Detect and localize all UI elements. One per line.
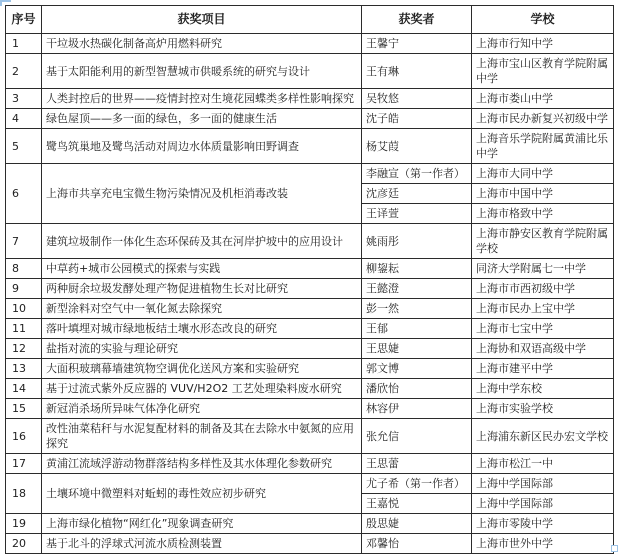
- serial-cell: 19: [6, 514, 42, 534]
- table-row: 7建筑垃圾制作一体化生态环保砖及其在河岸护坡中的应用设计姚雨彤上海市静安区教育学…: [6, 224, 614, 259]
- winner-cell: 郭文博: [362, 359, 472, 379]
- table-row: 18土壤环境中微塑料对蚯蚓的毒性效应初步研究尤子希（第一作者）上海中学国际部: [6, 474, 614, 494]
- school-cell: 上海市中国中学: [472, 184, 614, 204]
- serial-cell: 1: [6, 34, 42, 54]
- serial-cell: 4: [6, 109, 42, 129]
- winner-cell: 邓馨怡: [362, 534, 472, 554]
- table-row: 11落叶填埋对城市绿地板结土壤水形态改良的研究王郁上海市七宝中学: [6, 319, 614, 339]
- serial-cell: 14: [6, 379, 42, 399]
- school-cell: 上海市静安区教育学院附属学校: [472, 224, 614, 259]
- project-cell: 大面积玻璃幕墙建筑物空调优化送风方案和实验研究: [42, 359, 362, 379]
- serial-cell: 7: [6, 224, 42, 259]
- table-row: 17黄浦江流域浮游动物群落结构多样性及其水体理化参数研究王思蕾上海市松江一中: [6, 454, 614, 474]
- serial-cell: 11: [6, 319, 42, 339]
- school-cell: 同济大学附属七一中学: [472, 259, 614, 279]
- serial-cell: 17: [6, 454, 42, 474]
- winner-cell: 沈子皓: [362, 109, 472, 129]
- project-cell: 鹭鸟筑巢地及鹭鸟活动对周边水体质量影响田野调查: [42, 129, 362, 164]
- header-row: 序号 获奖项目 获奖者 学校: [6, 6, 614, 34]
- table-row: 16改性油菜秸秆与水泥复配材料的制备及其在去除水中氨氮的应用探究张允信上海浦东新…: [6, 419, 614, 454]
- winner-cell: 王嘉悦: [362, 494, 472, 514]
- project-cell: 改性油菜秸秆与水泥复配材料的制备及其在去除水中氨氮的应用探究: [42, 419, 362, 454]
- document-page: 序号 获奖项目 获奖者 学校 1干垃圾水热碳化制备高炉用燃料研究王馨宁上海市行知…: [0, 0, 619, 554]
- winner-cell: 杨艾葭: [362, 129, 472, 164]
- project-cell: 两种厨余垃圾发酵处理产物促进植物生长对比研究: [42, 279, 362, 299]
- school-cell: 上海市松江一中: [472, 454, 614, 474]
- serial-cell: 18: [6, 474, 42, 514]
- project-cell: 上海市绿化植物“网红化”现象调查研究: [42, 514, 362, 534]
- school-cell: 上海市世外中学: [472, 534, 614, 554]
- serial-cell: 9: [6, 279, 42, 299]
- serial-cell: 13: [6, 359, 42, 379]
- table-row: 13大面积玻璃幕墙建筑物空调优化送风方案和实验研究郭文博上海市建平中学: [6, 359, 614, 379]
- project-cell: 建筑垃圾制作一体化生态环保砖及其在河岸护坡中的应用设计: [42, 224, 362, 259]
- table-row: 4绿色屋顶——多一面的绿色，多一面的健康生活沈子皓上海市民办新复兴初级中学: [6, 109, 614, 129]
- school-cell: 上海市格致中学: [472, 204, 614, 224]
- school-cell: 上海市大同中学: [472, 164, 614, 184]
- project-cell: 黄浦江流域浮游动物群落结构多样性及其水体理化参数研究: [42, 454, 362, 474]
- serial-cell: 16: [6, 419, 42, 454]
- table-resize-handle[interactable]: [611, 545, 618, 552]
- table-row: 2基于太阳能利用的新型智慧城市供暖系统的研究与设计王有琳上海市宝山区教育学院附属…: [6, 54, 614, 89]
- winner-cell: 殷思婕: [362, 514, 472, 534]
- school-cell: 上海市行知中学: [472, 34, 614, 54]
- table-row: 5鹭鸟筑巢地及鹭鸟活动对周边水体质量影响田野调查杨艾葭上海音乐学院附属黄浦比乐中…: [6, 129, 614, 164]
- winner-cell: 王思蕾: [362, 454, 472, 474]
- winner-cell: 潘欣怡: [362, 379, 472, 399]
- school-cell: 上海中学国际部: [472, 474, 614, 494]
- table-row: 20基于北斗的浮球式河流水质检测装置邓馨怡上海市世外中学: [6, 534, 614, 554]
- school-cell: 上海市民办新复兴初级中学: [472, 109, 614, 129]
- school-cell: 上海市零陵中学: [472, 514, 614, 534]
- table-row: 6上海市共享充电宝微生物污染情况及机柜消毒改装李融宣（第一作者）上海市大同中学: [6, 164, 614, 184]
- project-cell: 人类封控后的世界——疫情封控对生境花园蝶类多样性影响探究: [42, 89, 362, 109]
- school-cell: 上海音乐学院附属黄浦比乐中学: [472, 129, 614, 164]
- serial-cell: 15: [6, 399, 42, 419]
- school-cell: 上海协和双语高级中学: [472, 339, 614, 359]
- winner-cell: 王思婕: [362, 339, 472, 359]
- school-cell: 上海市民办上宝中学: [472, 299, 614, 319]
- winner-cell: 柳鋆耘: [362, 259, 472, 279]
- school-cell: 上海市娄山中学: [472, 89, 614, 109]
- school-cell: 上海市七宝中学: [472, 319, 614, 339]
- project-cell: 上海市共享充电宝微生物污染情况及机柜消毒改装: [42, 164, 362, 224]
- serial-cell: 12: [6, 339, 42, 359]
- project-cell: 盐指对流的实验与理论研究: [42, 339, 362, 359]
- project-cell: 基于太阳能利用的新型智慧城市供暖系统的研究与设计: [42, 54, 362, 89]
- winner-cell: 张允信: [362, 419, 472, 454]
- winner-cell: 沈彦廷: [362, 184, 472, 204]
- serial-cell: 8: [6, 259, 42, 279]
- winner-cell: 王译萱: [362, 204, 472, 224]
- table-row: 3人类封控后的世界——疫情封控对生境花园蝶类多样性影响探究吴牧悠上海市娄山中学: [6, 89, 614, 109]
- school-cell: 上海市市西初级中学: [472, 279, 614, 299]
- serial-cell: 10: [6, 299, 42, 319]
- table-row: 15新冠消杀场所异味气体净化研究林容伊上海市实验学校: [6, 399, 614, 419]
- winner-cell: 王懿澄: [362, 279, 472, 299]
- project-cell: 绿色屋顶——多一面的绿色，多一面的健康生活: [42, 109, 362, 129]
- table-row: 14基于过流式紫外反应器的 VUV/H2O2 工艺处理染料废水研究潘欣怡上海中学…: [6, 379, 614, 399]
- serial-cell: 3: [6, 89, 42, 109]
- winner-cell: 彭一然: [362, 299, 472, 319]
- project-cell: 基于过流式紫外反应器的 VUV/H2O2 工艺处理染料废水研究: [42, 379, 362, 399]
- col-header-serial: 序号: [6, 6, 42, 34]
- col-header-winner: 获奖者: [362, 6, 472, 34]
- table-row: 8中草药+城市公园模式的探索与实践柳鋆耘同济大学附属七一中学: [6, 259, 614, 279]
- winner-cell: 林容伊: [362, 399, 472, 419]
- serial-cell: 20: [6, 534, 42, 554]
- project-cell: 土壤环境中微塑料对蚯蚓的毒性效应初步研究: [42, 474, 362, 514]
- project-cell: 新型涂料对空气中一氧化氮去除探究: [42, 299, 362, 319]
- school-cell: 上海市宝山区教育学院附属中学: [472, 54, 614, 89]
- table-row: 9两种厨余垃圾发酵处理产物促进植物生长对比研究王懿澄上海市市西初级中学: [6, 279, 614, 299]
- table-row: 19上海市绿化植物“网红化”现象调查研究殷思婕上海市零陵中学: [6, 514, 614, 534]
- winner-cell: 王馨宁: [362, 34, 472, 54]
- winner-cell: 李融宣（第一作者）: [362, 164, 472, 184]
- table-row: 1干垃圾水热碳化制备高炉用燃料研究王馨宁上海市行知中学: [6, 34, 614, 54]
- winner-cell: 王郁: [362, 319, 472, 339]
- col-header-school: 学校: [472, 6, 614, 34]
- project-cell: 干垃圾水热碳化制备高炉用燃料研究: [42, 34, 362, 54]
- school-cell: 上海中学东校: [472, 379, 614, 399]
- project-cell: 中草药+城市公园模式的探索与实践: [42, 259, 362, 279]
- school-cell: 上海浦东新区民办宏文学校: [472, 419, 614, 454]
- winner-cell: 吴牧悠: [362, 89, 472, 109]
- table-row: 10新型涂料对空气中一氧化氮去除探究彭一然上海市民办上宝中学: [6, 299, 614, 319]
- col-header-project: 获奖项目: [42, 6, 362, 34]
- school-cell: 上海市建平中学: [472, 359, 614, 379]
- serial-cell: 5: [6, 129, 42, 164]
- project-cell: 基于北斗的浮球式河流水质检测装置: [42, 534, 362, 554]
- table-body: 1干垃圾水热碳化制备高炉用燃料研究王馨宁上海市行知中学2基于太阳能利用的新型智慧…: [6, 34, 614, 554]
- project-cell: 落叶填埋对城市绿地板结土壤水形态改良的研究: [42, 319, 362, 339]
- winner-cell: 王有琳: [362, 54, 472, 89]
- awards-table: 序号 获奖项目 获奖者 学校 1干垃圾水热碳化制备高炉用燃料研究王馨宁上海市行知…: [5, 5, 614, 554]
- project-cell: 新冠消杀场所异味气体净化研究: [42, 399, 362, 419]
- winner-cell: 尤子希（第一作者）: [362, 474, 472, 494]
- school-cell: 上海中学国际部: [472, 494, 614, 514]
- winner-cell: 姚雨彤: [362, 224, 472, 259]
- table-row: 12盐指对流的实验与理论研究王思婕上海协和双语高级中学: [6, 339, 614, 359]
- school-cell: 上海市实验学校: [472, 399, 614, 419]
- serial-cell: 6: [6, 164, 42, 224]
- serial-cell: 2: [6, 54, 42, 89]
